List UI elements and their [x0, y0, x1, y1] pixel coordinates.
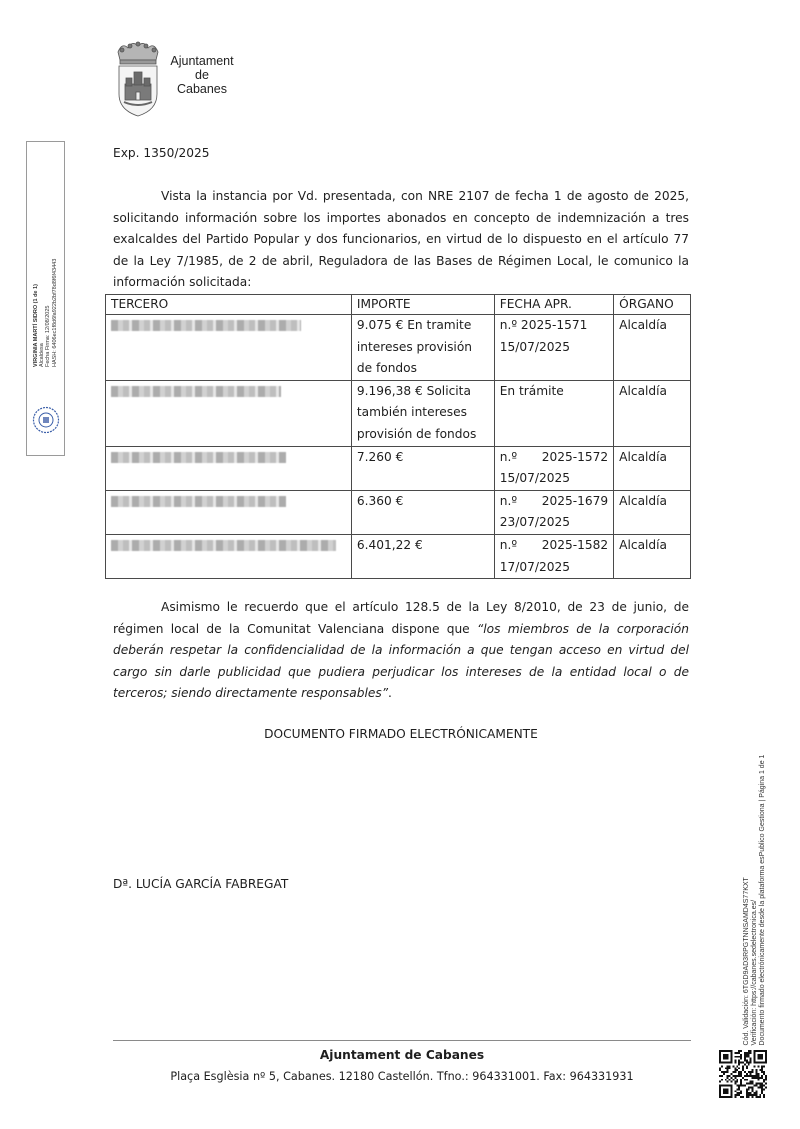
redacted-name: [106, 315, 352, 381]
resolution-number: n.º2025-1582: [500, 535, 608, 557]
importe-cell: 9.196,38 € Solicita también intereses pr…: [351, 380, 494, 446]
resolution-date: 15/07/2025: [500, 468, 608, 490]
table-row: 9.075 € En tramite intereses provisión d…: [106, 315, 691, 381]
redacted-name: [106, 534, 352, 578]
municipal-logo: Ajuntament de Cabanes: [112, 38, 242, 118]
resolution-number: n.º2025-1679: [500, 491, 608, 513]
organo-cell: Alcaldía: [614, 380, 691, 446]
resolution-status: En trámite: [500, 381, 608, 403]
importe-cell: 7.260 €: [351, 446, 494, 490]
signed-notice: DOCUMENTO FIRMADO ELECTRÓNICAMENTE: [113, 727, 689, 741]
footer-address: Plaça Esglèsia nº 5, Cabanes. 12180 Cast…: [113, 1070, 691, 1083]
logo-line: Cabanes: [166, 82, 238, 96]
resolution-date: 15/07/2025: [500, 337, 608, 359]
table-row: 6.401,22 € n.º2025-158217/07/2025 Alcald…: [106, 534, 691, 578]
qr-code-icon[interactable]: [719, 1050, 767, 1098]
coat-of-arms-icon: [112, 38, 164, 118]
fecha-cell: n.º2025-158217/07/2025: [494, 534, 613, 578]
col-header-organo: ÓRGANO: [614, 295, 691, 315]
col-header-importe: IMPORTE: [351, 295, 494, 315]
importe-cell: 6.401,22 €: [351, 534, 494, 578]
logo-text: Ajuntament de Cabanes: [166, 54, 238, 96]
fecha-cell: n.º 2025-157115/07/2025: [494, 315, 613, 381]
redacted-name: [106, 446, 352, 490]
signer-role: Alcaldesa: [39, 258, 45, 366]
fecha-cell: n.º2025-167923/07/2025: [494, 490, 613, 534]
sign-date: Fecha Firma: 12/08/2025: [45, 258, 51, 366]
platform-notice: Documento firmado electrónicamente desde…: [759, 754, 767, 1045]
reminder-end: .: [388, 686, 392, 700]
redacted-name: [106, 380, 352, 446]
organo-cell: Alcaldía: [614, 446, 691, 490]
fecha-cell: n.º2025-157215/07/2025: [494, 446, 613, 490]
sign-hash: HASH: 6406ec1f8d6fa922b2bf78d8f6f43443: [51, 258, 57, 366]
organo-cell: Alcaldía: [614, 534, 691, 578]
seal-icon: [32, 406, 60, 434]
legal-reminder-paragraph: Asimismo le recuerdo que el artículo 128…: [113, 597, 689, 705]
resolution-date: 17/07/2025: [500, 557, 608, 579]
payments-table: TERCERO IMPORTE FECHA APR. ÓRGANO 9.075 …: [105, 294, 691, 579]
table-row: 6.360 € n.º2025-167923/07/2025 Alcaldía: [106, 490, 691, 534]
col-header-tercero: TERCERO: [106, 295, 352, 315]
logo-line: Ajuntament: [166, 54, 238, 68]
footer-title: Ajuntament de Cabanes: [113, 1048, 691, 1062]
logo-line: de: [166, 68, 238, 82]
validation-stamp: Cód. Validación: 6TGD9AD3RPGTNNSAMD4S77K…: [739, 700, 773, 1045]
organo-cell: Alcaldía: [614, 490, 691, 534]
resolution-date: 23/07/2025: [500, 512, 608, 534]
table-row: 9.196,38 € Solicita también intereses pr…: [106, 380, 691, 446]
redacted-name: [106, 490, 352, 534]
fecha-cell: En trámite: [494, 380, 613, 446]
validation-code: Cód. Validación: 6TGD9AD3RPGTNNSAMD4S77K…: [743, 877, 751, 1045]
resolution-number: n.º 2025-1571: [500, 315, 608, 337]
signer-name: Dª. LUCÍA GARCÍA FABREGAT: [113, 877, 288, 891]
table-row: 7.260 € n.º2025-157215/07/2025 Alcaldía: [106, 446, 691, 490]
signature-stamp: VIRGINIA MARTÍ SIDRO (1 de 1) Alcaldesa …: [26, 141, 65, 456]
verification-url[interactable]: Verificación: https://cabanes.sedelectro…: [751, 899, 759, 1045]
signer-name: VIRGINIA MARTÍ SIDRO (1 de 1): [33, 258, 39, 366]
table-header-row: TERCERO IMPORTE FECHA APR. ÓRGANO: [106, 295, 691, 315]
resolution-number: n.º2025-1572: [500, 447, 608, 469]
importe-cell: 6.360 €: [351, 490, 494, 534]
col-header-fecha: FECHA APR.: [494, 295, 613, 315]
importe-cell: 9.075 € En tramite intereses provisión d…: [351, 315, 494, 381]
organo-cell: Alcaldía: [614, 315, 691, 381]
expediente-number: Exp. 1350/2025: [113, 146, 210, 160]
intro-paragraph: Vista la instancia por Vd. presentada, c…: [113, 186, 689, 294]
footer-divider: [113, 1040, 691, 1041]
